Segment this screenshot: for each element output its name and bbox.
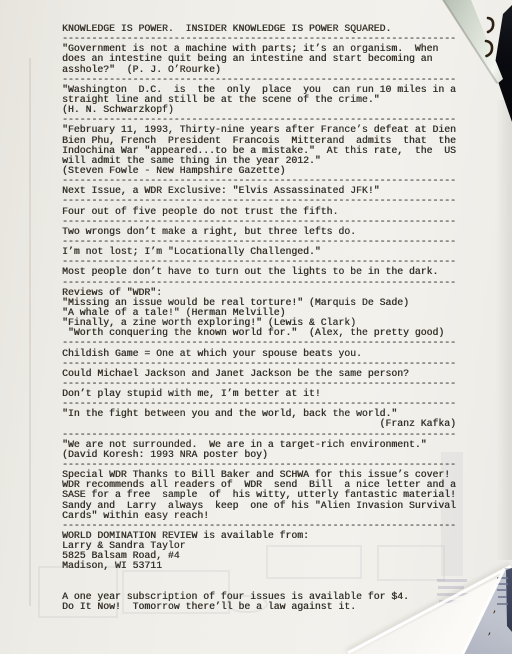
text-line: Do It Now! Tomorrow there’ll be a law ag… [62, 602, 464, 612]
show-through-mark [29, 58, 31, 606]
staple-icon [486, 41, 492, 56]
separator-line: ----------------------------------------… [62, 196, 464, 206]
ink-mark-icon: , [493, 606, 496, 615]
page-edge-shading [496, 100, 512, 560]
photo-backdrop: KNOWLEDGE IS POWER. INSIDER KNOWLEDGE IS… [0, 0, 512, 654]
staple-icon [488, 18, 493, 32]
separator-line: ----------------------------------------… [62, 338, 464, 348]
under-page-text-marks [497, 589, 507, 591]
blank-line [62, 572, 464, 582]
text-line: Most people don’t have to turn out the l… [62, 267, 464, 277]
zine-page: KNOWLEDGE IS POWER. INSIDER KNOWLEDGE IS… [0, 0, 512, 654]
under-page-text-marks [497, 603, 508, 605]
under-page-text-marks [498, 596, 507, 598]
ink-mark-icon: , [488, 628, 491, 637]
text-line: Madison, WI 53711 [62, 561, 464, 571]
page-text: KNOWLEDGE IS POWER. INSIDER KNOWLEDGE IS… [62, 24, 464, 612]
